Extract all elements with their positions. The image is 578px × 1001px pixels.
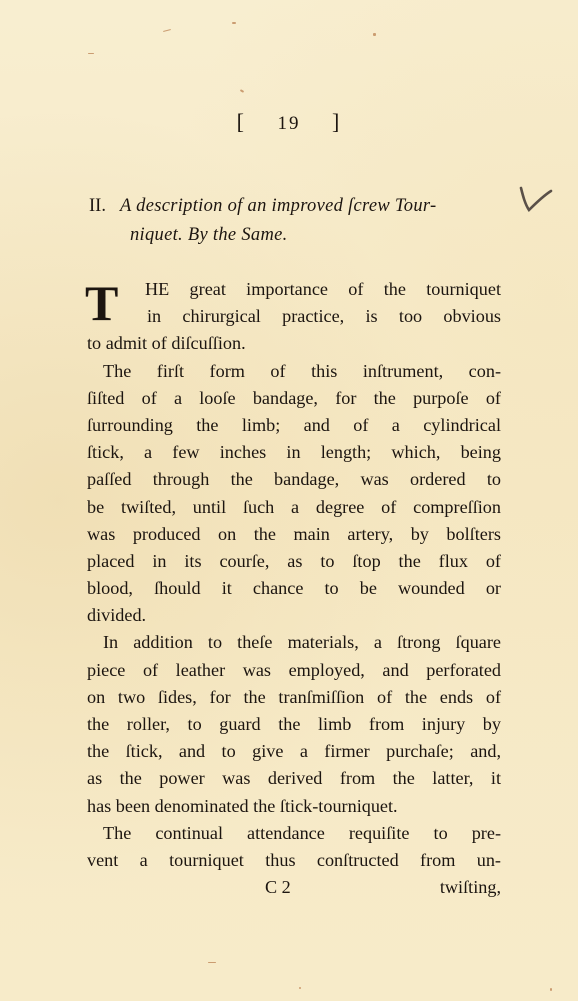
text-line: The continual attendance requiſite to pr… — [87, 820, 501, 847]
text-line: ſurrounding the limb; and of a cylindric… — [87, 412, 501, 439]
text-line: be twiſted, until ſuch a degree of compr… — [87, 494, 501, 521]
paragraph-1: T HE great importance of the tourniquet … — [87, 276, 501, 358]
running-head: [ 19 ] — [0, 109, 578, 135]
paper-speck — [550, 988, 552, 991]
text-line: on two ſides, for the tranſmiſſion of th… — [87, 684, 501, 711]
text-line: the roller, to guard the limb from injur… — [87, 711, 501, 738]
paper-speck — [240, 89, 244, 93]
paragraph-3: In addition to theſe materials, a ſtrong… — [87, 629, 501, 819]
text-line: in chirurgical practice, is too obvious — [87, 303, 501, 330]
text-line: to admit of diſcuſſion. — [87, 330, 501, 357]
paper-speck — [373, 33, 376, 36]
paragraph-2: The firſt form of this inſtrument, con- … — [87, 358, 501, 630]
pencil-check-mark-icon — [517, 182, 557, 222]
paper-speck — [163, 29, 171, 32]
text-line: as the power was derived from the latter… — [87, 765, 501, 792]
section-heading: II.A description of an improved ſcrew To… — [89, 192, 509, 250]
section-title-line-1: A description of an improved ſcrew Tour- — [120, 196, 437, 216]
text-line: paſſed through the bandage, was ordered … — [87, 466, 501, 493]
text-line: piece of leather was employed, and perfo… — [87, 657, 501, 684]
paper-speck — [88, 53, 94, 54]
paragraph-4: The continual attendance requiſite to pr… — [87, 820, 501, 874]
text-line: blood, ſhould it chance to be wounded or — [87, 575, 501, 602]
catchword: twiſting, — [440, 877, 501, 898]
text-line: In addition to theſe materials, a ſtrong… — [87, 629, 501, 656]
text-line: HE great importance of the tourniquet — [87, 276, 501, 303]
close-bracket: ] — [332, 109, 341, 135]
body-text: T HE great importance of the tourniquet … — [87, 276, 501, 874]
text-line: placed in its courſe, as to ſtop the flu… — [87, 548, 501, 575]
text-line: was produced on the main artery, by bolſ… — [87, 521, 501, 548]
text-line: ſtick, a few inches in length; which, be… — [87, 439, 501, 466]
text-line: ſiſted of a looſe bandage, for the purpo… — [87, 385, 501, 412]
page-number: 19 — [278, 113, 301, 135]
text-line: has been denominated the ſtick-tournique… — [87, 793, 501, 820]
footer-catchline: C 2 twiſting, — [87, 877, 501, 904]
text-line: The firſt form of this inſtrument, con- — [87, 358, 501, 385]
paper-speck — [208, 962, 216, 963]
section-title-line-2: niquet. By the Same. — [89, 221, 509, 250]
text-line: divided. — [87, 602, 501, 629]
section-numeral: II. — [89, 196, 106, 216]
signature-mark: C 2 — [265, 877, 291, 898]
paper-speck — [299, 987, 301, 989]
text-line: the ſtick, and to give a firmer purchaſe… — [87, 738, 501, 765]
open-bracket: [ — [237, 109, 246, 135]
paper-speck — [232, 22, 236, 24]
text-line: vent a tourniquet thus conſtructed from … — [87, 847, 501, 874]
book-page: [ 19 ] II.A description of an improved ſ… — [0, 0, 578, 1001]
drop-cap: T — [85, 280, 118, 326]
